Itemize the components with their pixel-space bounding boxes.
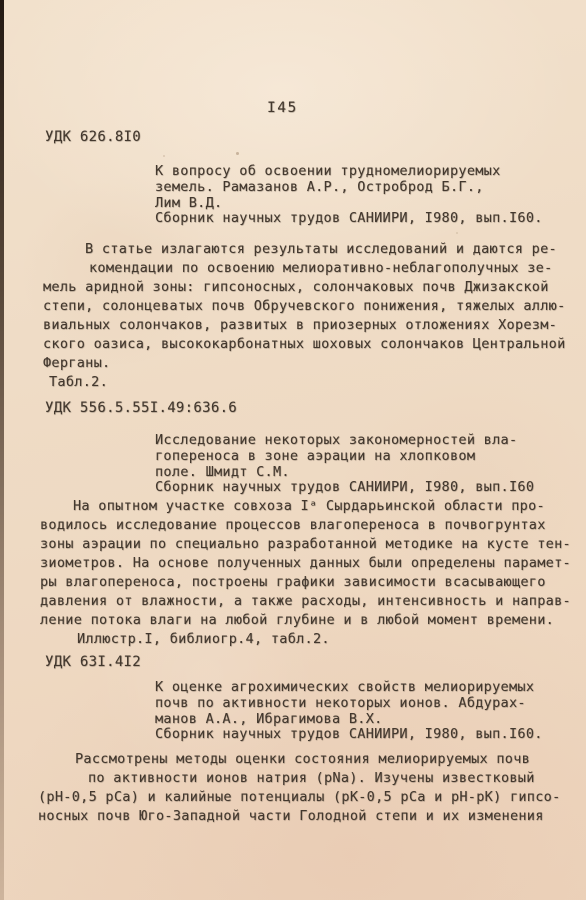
text-line: ского оазиса, высококарбонатных шоховых … <box>43 335 566 354</box>
text-line: К оценке агрохимических свойств мелиорир… <box>155 680 543 696</box>
paper-speck <box>456 232 458 234</box>
citation-block-1: К вопросу об освоении трудномелиорируемы… <box>155 164 543 227</box>
abstract-block-1: В статье излагаются результаты исследова… <box>43 240 566 392</box>
text-line: Сборник научных трудов САНИИРИ, I980, вы… <box>155 480 534 496</box>
text-line: виальных солончаков, развитых в приозерн… <box>43 316 566 335</box>
paper-speck <box>163 155 165 157</box>
text-line: На опытном участке совхоза Iᵃ Сырдарьинс… <box>73 497 571 516</box>
text-line: (рН-0,5 рСа) и калийные потенциалы (рК-0… <box>38 788 561 807</box>
text-line: Исследование некоторых закономерностей в… <box>155 433 534 449</box>
text-line: К вопросу об освоении трудномелиорируемы… <box>155 164 543 180</box>
text-line: Сборник научных трудов САНИИРИ, I980, вы… <box>155 211 543 227</box>
text-line: Сборник научных трудов САНИИРИ, I980, вы… <box>155 727 543 743</box>
text-line-tables-note: Табл.2. <box>49 373 566 392</box>
udc-code-3: УДК 63I.4I2 <box>45 654 141 670</box>
text-line: водилось исследование процессов влагопер… <box>40 516 571 535</box>
citation-block-2: Исследование некоторых закономерностей в… <box>155 433 534 496</box>
abstract-block-2: На опытном участке совхоза Iᵃ Сырдарьинс… <box>40 497 571 649</box>
text-line: зоны аэрации по специально разработанной… <box>40 535 571 554</box>
text-line: зиометров. На основе полученных данных б… <box>40 554 571 573</box>
text-line: гопереноса в зоне аэрации на хлопковом <box>155 449 534 465</box>
udc-code-2: УДК 556.5.55I.49:636.6 <box>45 400 237 416</box>
text-line: почв по активности некоторых ионов. Абду… <box>155 696 543 712</box>
text-line: земель. Рамазанов А.Р., Остроброд Б.Г., <box>155 180 543 196</box>
paper-speck <box>236 152 239 155</box>
text-line: комендации по освоению мелиоративно-небл… <box>89 259 566 278</box>
udc-code-1: УДК 626.8I0 <box>45 129 141 145</box>
citation-block-3: К оценке агрохимических свойств мелиорир… <box>155 680 543 743</box>
scan-edge-shadow <box>0 0 4 900</box>
scanned-page: I45 УДК 626.8I0 К вопросу об освоении тр… <box>0 0 586 900</box>
text-line: Рассмотрены методы оценки состояния мели… <box>75 750 561 769</box>
text-line: ление потока влаги на любой глубине и в … <box>40 611 571 630</box>
text-line-illustrations-note: Иллюстр.I, библиогр.4, табл.2. <box>77 630 571 649</box>
text-line: носных почв Юго-Западной части Голодной … <box>38 807 561 826</box>
text-line: ры влагопереноса, построены графики зави… <box>40 573 571 592</box>
page-number: I45 <box>267 100 298 116</box>
abstract-block-3: Рассмотрены методы оценки состояния мели… <box>38 750 561 826</box>
text-line: Ферганы. <box>43 354 566 373</box>
text-line: В статье излагаются результаты исследова… <box>85 240 566 259</box>
text-line: степи, солонцеватых почв Обручевского по… <box>43 297 566 316</box>
text-line: мель аридной зоны: гипсоносных, солончак… <box>43 278 566 297</box>
text-line: давления от влажности, а также расходы, … <box>40 592 571 611</box>
paper-speck <box>514 586 516 588</box>
text-line: по активности ионов натрия (рNа). Изучен… <box>88 769 561 788</box>
